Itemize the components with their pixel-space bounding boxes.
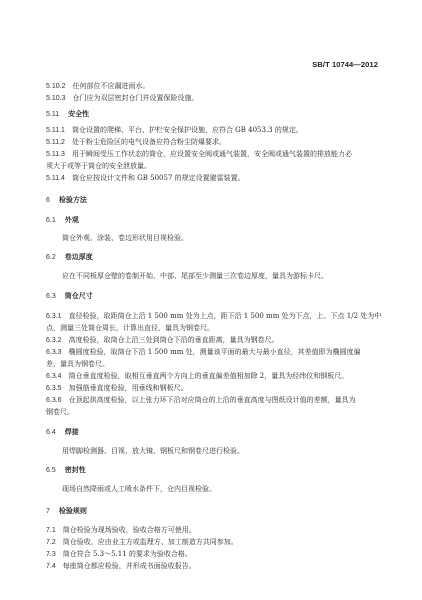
clause-6-3-4: 6.3.4筒仓垂直度检验，取相互垂直两个方向上的垂直偏差值相加除 2，量具为经纬… <box>46 372 348 381</box>
section-heading-6-4: 6.4焊接 <box>46 428 79 437</box>
clause-6-3-6-continued: 钢卷尺。 <box>46 408 74 417</box>
section-heading-6-5: 6.5密封性 <box>46 466 86 475</box>
section-title: 安全性 <box>68 110 89 118</box>
clause-number: 7.1 <box>46 526 56 535</box>
section-number: 6.4 <box>46 428 56 437</box>
clause-7-2: 7.2筒仓验收，应由业主方或监理方、加工制造方共同参加。 <box>46 538 238 547</box>
clause-6-3-6: 6.3.6仓顶起拱高度检验，以上张力环下沿对应筒仓的上沿的垂直高度与图纸设计值的… <box>46 396 356 405</box>
clause-text: 加强筋垂直度检验，用垂线和钢板尺。 <box>69 384 188 392</box>
chapter-number: 7 <box>46 507 50 516</box>
chapter-number: 6 <box>46 196 50 205</box>
clause-text: 用于瞬间受压工作状态的筒仓，应设置安全阀或通气装置，安全阀或通气装置的排放能力必 <box>72 150 352 158</box>
clause-number: 6.3.4 <box>46 372 62 381</box>
clause-5-11-2: 5.11.2处于粉尘危险区的电气设备应符合粉尘防爆要求。 <box>46 138 226 147</box>
clause-text: 筒仓垂直度检验，取相互垂直两个方向上的垂直偏差值相加除 2，量具为经纬仪和钢板尺… <box>69 372 349 380</box>
clause-number: 6.3.5 <box>46 384 62 393</box>
clause-text: 筒仓检验为现场验收，验收合格方可使用。 <box>63 526 196 534</box>
clause-7-4: 7.4每座筒仓都应检验，并形成书面验收报告。 <box>46 562 196 571</box>
clause-number: 7.3 <box>46 550 56 559</box>
clause-number: 6.3.6 <box>46 396 62 405</box>
paragraph-6-2: 应在不同板厚仓壁的卷制开始、中部、尾部至少测量三次卷边厚度，量具为游标卡尺。 <box>62 272 328 281</box>
clause-number: 5.11.3 <box>46 150 65 159</box>
chapter-heading-6: 6检验方法 <box>46 196 87 205</box>
clause-text-continued: 须大于或等于筒仓的安全泄放量。 <box>46 162 151 170</box>
paragraph-6-1: 筒仓外观、涂装、卷边形状用目视检验。 <box>62 234 188 243</box>
section-heading-6-1: 6.1外观 <box>46 216 79 225</box>
clause-text-continued: 钢卷尺。 <box>46 408 74 416</box>
clause-6-3-3-continued: 差，量具为钢卷尺。 <box>46 360 109 369</box>
clause-6-3-1: 6.3.1直径检验，取距筒仓上沿 1 500 mm 处为上点，距下沿 1 500… <box>46 312 381 321</box>
clause-number: 5.11.4 <box>46 174 65 183</box>
standard-code-header: SB/T 10744—2012 <box>312 60 378 69</box>
clause-text: 仓门应为双层密封仓门并设置保险设施。 <box>72 94 198 102</box>
paragraph-text: 应在不同板厚仓壁的卷制开始、中部、尾部至少测量三次卷边厚度，量具为游标卡尺。 <box>62 272 328 280</box>
clause-text-continued: 点，测量三处筒仓周长，计算出直径，量具为钢卷尺。 <box>46 324 214 332</box>
clause-text: 筒仓应按设计文件和 GB 50057 的规定设置避雷装置。 <box>72 174 245 182</box>
clause-6-3-3: 6.3.3椭圆度检验，取筒仓下沿 1 500 mm 处，测量该平面的最大与最小直… <box>46 348 361 357</box>
clause-number: 5.10.3 <box>46 94 65 103</box>
chapter-title: 检验规则 <box>59 507 87 515</box>
clause-5-11-1: 5.11.1筒仓设置的爬梯、平台、护栏安全保护设施，应符合 GB 4053.3 … <box>46 126 303 135</box>
paragraph-text: 用焊脚检测器、目视、放大镜、钢板尺和钢卷尺进行检验。 <box>62 447 244 455</box>
paragraph-6-4: 用焊脚检测器、目视、放大镜、钢板尺和钢卷尺进行检验。 <box>62 447 244 456</box>
clause-number: 5.11.1 <box>46 126 65 135</box>
clause-number: 6.3.1 <box>46 312 62 321</box>
clause-5-11-4: 5.11.4筒仓应按设计文件和 GB 50057 的规定设置避雷装置。 <box>46 174 245 183</box>
clause-number: 6.3.3 <box>46 348 62 357</box>
document-page: SB/T 10744—2012 5.10.2任何部位不应漏进雨水。 5.10.3… <box>42 52 378 552</box>
clause-text: 每座筒仓都应检验，并形成书面验收报告。 <box>63 562 196 570</box>
clause-7-3: 7.3筒仓符合 5.3～5.11 的要求为验收合格。 <box>46 550 192 559</box>
clause-text: 筒仓符合 5.3～5.11 的要求为验收合格。 <box>63 550 192 558</box>
clause-text-continued: 差，量具为钢卷尺。 <box>46 360 109 368</box>
section-heading-5-11: 5.11安全性 <box>46 110 89 119</box>
clause-text: 直径检验，取距筒仓上沿 1 500 mm 处为上点，距下沿 1 500 mm 处… <box>69 312 382 320</box>
clause-6-3-1-continued: 点，测量三处筒仓周长，计算出直径，量具为钢卷尺。 <box>46 324 214 333</box>
clause-7-1: 7.1筒仓检验为现场验收，验收合格方可使用。 <box>46 526 196 535</box>
clause-5-10-3: 5.10.3仓门应为双层密封仓门并设置保险设施。 <box>46 94 198 103</box>
clause-5-10-2: 5.10.2任何部位不应漏进雨水。 <box>46 82 149 91</box>
clause-number: 6.3.2 <box>46 336 62 345</box>
clause-text: 处于粉尘危险区的电气设备应符合粉尘防爆要求。 <box>72 138 226 146</box>
section-title: 外观 <box>65 216 79 224</box>
clause-number: 7.4 <box>46 562 56 571</box>
section-number: 6.1 <box>46 216 56 225</box>
clause-text: 任何部位不应漏进雨水。 <box>72 82 149 90</box>
paragraph-text: 筒仓外观、涂装、卷边形状用目视检验。 <box>62 234 188 242</box>
section-number: 6.2 <box>46 253 56 262</box>
clause-number: 5.11.2 <box>46 138 65 147</box>
clause-5-11-3: 5.11.3用于瞬间受压工作状态的筒仓，应设置安全阀或通气装置，安全阀或通气装置… <box>46 150 352 159</box>
clause-number: 5.10.2 <box>46 82 65 91</box>
clause-number: 7.2 <box>46 538 56 547</box>
clause-6-3-2: 6.3.2高度检验，取筒仓上沿三处到筒仓下沿的垂直距离，量具为钢卷尺。 <box>46 336 279 345</box>
section-title: 卷边厚度 <box>65 253 93 261</box>
section-heading-6-2: 6.2卷边厚度 <box>46 253 93 262</box>
section-heading-6-3: 6.3筒仓尺寸 <box>46 292 93 301</box>
clause-6-3-5: 6.3.5加强筋垂直度检验，用垂线和钢板尺。 <box>46 384 188 393</box>
section-title: 焊接 <box>65 428 79 436</box>
paragraph-text: 现场自然降雨或人工喷水条件下，仓内目视检验。 <box>62 485 216 493</box>
section-number: 6.5 <box>46 466 56 475</box>
clause-text: 高度检验，取筒仓上沿三处到筒仓下沿的垂直距离，量具为钢卷尺。 <box>69 336 279 344</box>
section-number: 6.3 <box>46 292 56 301</box>
clause-text: 仓顶起拱高度检验，以上张力环下沿对应筒仓的上沿的垂直高度与图纸设计值的差额，量具… <box>69 396 356 404</box>
section-number: 5.11 <box>46 110 59 119</box>
paragraph-6-5: 现场自然降雨或人工喷水条件下，仓内目视检验。 <box>62 485 216 494</box>
clause-text: 椭圆度检验，取筒仓下沿 1 500 mm 处，测量该平面的最大与最小直径，其差值… <box>69 348 361 356</box>
clause-5-11-3-continued: 须大于或等于筒仓的安全泄放量。 <box>46 162 151 171</box>
clause-text: 筒仓设置的爬梯、平台、护栏安全保护设施，应符合 GB 4053.3 的规定。 <box>72 126 303 134</box>
section-title: 密封性 <box>65 466 86 474</box>
chapter-title: 检验方法 <box>59 196 87 204</box>
section-title: 筒仓尺寸 <box>65 292 93 300</box>
clause-text: 筒仓验收，应由业主方或监理方、加工制造方共同参加。 <box>63 538 238 546</box>
chapter-heading-7: 7检验规则 <box>46 507 87 516</box>
